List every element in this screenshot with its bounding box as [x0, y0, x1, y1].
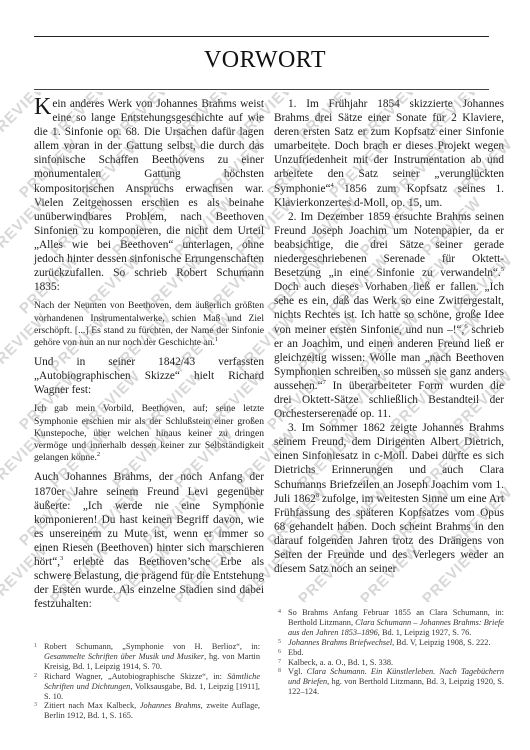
footnote-text: Zitiert nach Max Kalbeck, Johannes Brahm… [44, 701, 260, 721]
footnote-number: 2 [34, 672, 44, 702]
footnote-item: 8Vgl. Clara Schumann. Ein Künstlerleben.… [278, 667, 504, 697]
footnote-ref[interactable]: 1 [215, 336, 218, 343]
footnote-number: 3 [34, 701, 44, 721]
footnotes-left: 1Robert Schumann, „Symphonie von H. Berl… [34, 642, 260, 721]
footnote-ref[interactable]: 2 [97, 451, 100, 458]
footnote-number: 5 [278, 638, 288, 648]
right-column: 1. Im Frühjahr 1854 skizzierte Johannes … [274, 97, 504, 576]
schumann-quote: Nach der Neunten von Beethoven, dem äuße… [34, 300, 264, 349]
drop-cap: K [34, 100, 51, 114]
stage-3-paragraph: 3. Im Sommer 1862 zeigte Johannes Brahms… [274, 421, 504, 576]
footnote-text: Richard Wagner, „Autobiographische Skizz… [44, 672, 260, 702]
footnote-text: Vgl. Clara Schumann. Ein Künstlerleben. … [288, 667, 504, 697]
footnote-text: Johannes Brahms Briefwechsel, Bd. V, Lei… [288, 638, 504, 648]
wagner-quote: Ich gab mein Vorbild, Beethoven, auf; se… [34, 403, 264, 464]
stage-1-paragraph: 1. Im Frühjahr 1854 skizzierte Johannes … [274, 97, 504, 210]
footnote-item: 6Ebd. [278, 648, 504, 658]
footnote-item: 3Zitiert nach Max Kalbeck, Johannes Brah… [34, 701, 260, 721]
footnote-number: 1 [34, 642, 44, 672]
page-title: VORWORT [0, 47, 530, 74]
footnote-number: 8 [278, 667, 288, 697]
footnote-item: 5Johannes Brahms Briefwechsel, Bd. V, Le… [278, 638, 504, 648]
stage-2-paragraph: 2. Im Dezember 1859 ersuchte Brahms sein… [274, 210, 504, 421]
footnote-text: Ebd. [288, 648, 504, 658]
footnote-number: 4 [278, 608, 288, 638]
intro-paragraph: Kein anderes Werk von Johannes Brahms we… [34, 97, 264, 294]
header-rule-top [34, 36, 489, 37]
footnote-item: 1Robert Schumann, „Symphonie von H. Berl… [34, 642, 260, 672]
footnote-ref[interactable]: 5 [501, 266, 504, 273]
brahms-paragraph: Auch Johannes Brahms, der noch Anfang de… [34, 470, 264, 611]
footnote-text: Kalbeck, a. a. O., Bd. 1, S. 338. [288, 658, 504, 668]
header-rule-bottom [34, 89, 489, 90]
footnote-text: Robert Schumann, „Symphonie von H. Berli… [44, 642, 260, 672]
footnotes-right: 4So Brahms Anfang Februar 1855 an Clara … [278, 608, 504, 697]
footnote-item: 4So Brahms Anfang Februar 1855 an Clara … [278, 608, 504, 638]
footnote-number: 6 [278, 648, 288, 658]
footnote-item: 2Richard Wagner, „Autobiographische Skiz… [34, 672, 260, 702]
footnote-number: 7 [278, 658, 288, 668]
footnote-text: So Brahms Anfang Februar 1855 an Clara S… [288, 608, 504, 638]
left-column: Kein anderes Werk von Johannes Brahms we… [34, 97, 264, 611]
wagner-intro-paragraph: Und in seiner 1842/43 verfassten „Autobi… [34, 355, 264, 397]
footnote-item: 7Kalbeck, a. a. O., Bd. 1, S. 338. [278, 658, 504, 668]
